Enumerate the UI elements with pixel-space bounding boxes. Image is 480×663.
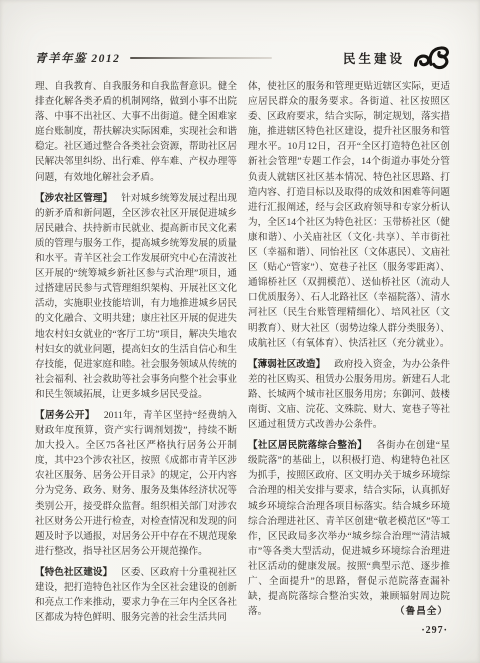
paragraph-courtyard-improvement-wrap: 【社区居民院落综合整治】各街办在创建“星级院落”的基础上，以积极打造、构建特色社… — [248, 438, 450, 619]
paragraph-continuation: 理、自我教育、自我服务和自我监督意识。健全排查化解各类矛盾的机制网络，做到小事不… — [35, 79, 237, 185]
paragraph-text: 2011年，青羊区坚持“经费纳入财政年度预算，资产实行调剂划拨”，持续不断加大投… — [35, 410, 237, 557]
section-heading: 【居务公开】 — [35, 410, 95, 421]
author-byline: （鲁昌全） — [395, 604, 448, 619]
page-number: ·297· — [421, 625, 448, 636]
section-heading: 【特色社区建设】 — [35, 567, 112, 578]
paragraph-text: 各街办在创建“星级院落”的基础上，以积极打造、构建特色社区为抓手，按照区政府、区… — [248, 440, 450, 617]
section-heading: 【涉农社区管理】 — [35, 193, 112, 204]
section-heading: 【薄弱社区改造】 — [248, 359, 325, 370]
page-header: 青羊年鉴 2012 民生建设 — [35, 44, 451, 72]
header-divider — [130, 57, 272, 59]
left-column: 理、自我教育、自我服务和自我监督意识。健全排查化解各类矛盾的机制网络，做到小事不… — [35, 79, 237, 625]
calligraphic-flourish-icon — [411, 45, 451, 71]
text-columns: 理、自我教育、自我服务和自我监督意识。健全排查化解各类矛盾的机制网络，做到小事不… — [35, 79, 450, 625]
yearbook-page: 青羊年鉴 2012 民生建设 理、自我教育、自我服务和自我监督意识。健全排查化解… — [0, 0, 480, 663]
paragraph-text: 理、自我教育、自我服务和自我监督意识。健全排查化解各类矛盾的机制网络，做到小事不… — [35, 81, 237, 183]
section-heading: 【社区居民院落综合整治】 — [248, 440, 367, 451]
paragraph-text: 针对城乡统筹发展过程出现的新矛盾和新问题，全区涉农社区开展促进城乡居民融合、扶持… — [35, 193, 237, 400]
book-title: 青羊年鉴 2012 — [35, 50, 120, 66]
paragraph-text: 体，使社区的服务和管理更贴近辖区实际，更适应居民群众的服务要求。各街道、社区按照… — [248, 81, 450, 349]
paragraph-residence-affairs-disclosure: 【居务公开】2011年，青羊区坚持“经费纳入财政年度预算，资产实行调剂划拨”，持… — [35, 408, 237, 559]
section-title: 民生建设 — [343, 49, 405, 67]
paragraph-featured-community-building: 【特色社区建设】区委、区政府十分重视社区建设，把打造特色社区作为全区社会建设的创… — [35, 565, 237, 625]
paragraph-weak-community-renovation: 【薄弱社区改造】政府投入资金，为办公条件差的社区购买、租赁办公服务用房。新建石人… — [248, 357, 450, 432]
paragraph-rural-community-management: 【涉农社区管理】针对城乡统筹发展过程出现的新矛盾和新问题，全区涉农社区开展促进城… — [35, 191, 237, 402]
paragraph-courtyard-improvement: 【社区居民院落综合整治】各街办在创建“星级院落”的基础上，以积极打造、构建特色社… — [248, 438, 450, 619]
right-column: 体，使社区的服务和管理更贴近辖区实际，更适应居民群众的服务要求。各街道、社区按照… — [248, 79, 450, 625]
paragraph-continuation: 体，使社区的服务和管理更贴近辖区实际，更适应居民群众的服务要求。各街道、社区按照… — [248, 79, 450, 351]
